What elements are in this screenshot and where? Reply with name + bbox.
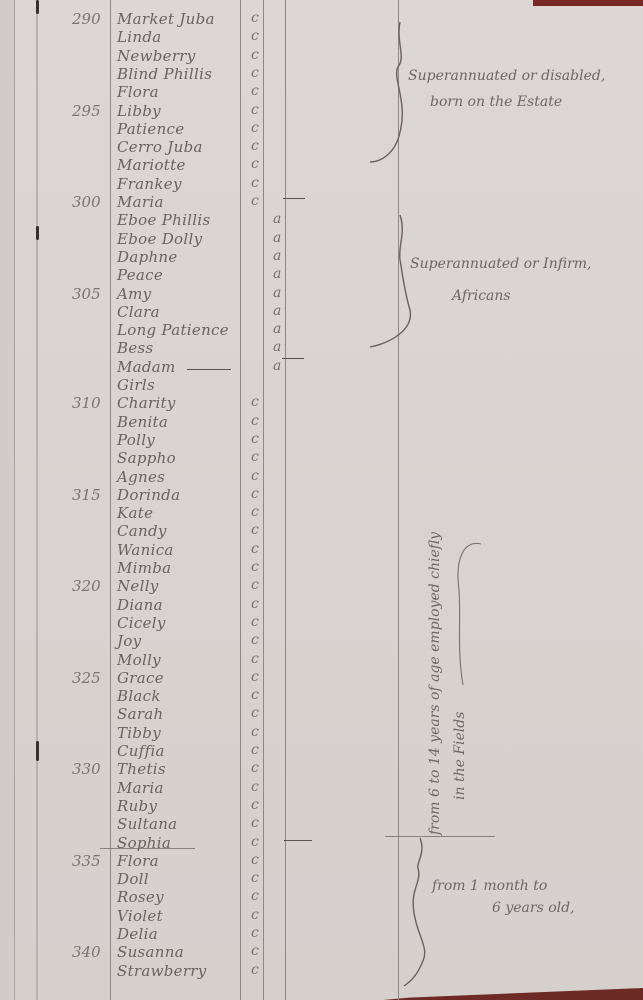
entry-name: Grace	[117, 669, 164, 687]
entry-row: Dianac	[0, 596, 300, 616]
entry-row: Pollyc	[0, 431, 300, 451]
entry-category-mark: c	[251, 834, 259, 850]
entry-name: Maria	[117, 193, 164, 211]
entry-number: 320	[72, 577, 112, 595]
entry-row: 310Charityc	[0, 394, 300, 414]
entry-category-mark: c	[251, 797, 259, 813]
entry-row: Sultanac	[0, 815, 300, 835]
entry-category-mark: c	[251, 28, 259, 44]
entry-row: Cuffiac	[0, 742, 300, 762]
entry-row: Mimbac	[0, 559, 300, 579]
entry-row: Cicelyc	[0, 614, 300, 634]
entry-name: Flora	[117, 83, 159, 101]
entry-category-mark: a	[273, 266, 281, 282]
entry-name: Strawberry	[117, 962, 207, 980]
entry-name: Sarah	[117, 705, 164, 723]
entry-category-mark: c	[251, 614, 259, 630]
entry-name: Charity	[117, 394, 176, 412]
annotation-superannuated-disabled: Superannuated or disabled,	[408, 68, 605, 84]
entry-row: Claraa	[0, 303, 300, 323]
entry-row: 320Nellyc	[0, 577, 300, 597]
entry-name: Clara	[117, 303, 160, 321]
entry-category-mark: c	[251, 632, 259, 648]
entry-name: Madam	[117, 358, 176, 376]
entry-name: Molly	[117, 651, 161, 669]
entry-row: Sarahc	[0, 705, 300, 725]
entry-category-mark: c	[251, 504, 259, 520]
annotation-1-month: from 1 month to	[432, 878, 547, 894]
entry-number: 335	[72, 852, 112, 870]
brace-icon	[368, 22, 408, 172]
entry-number: 300	[72, 193, 112, 211]
entry-row: 335Florac	[0, 852, 300, 872]
entry-name: Sappho	[117, 449, 176, 467]
entry-row: Rubyc	[0, 797, 300, 817]
entry-number: 295	[72, 102, 112, 120]
entry-category-mark: a	[273, 303, 281, 319]
entry-number: 305	[72, 285, 112, 303]
entry-category-mark: c	[251, 687, 259, 703]
entry-row: 325Gracec	[0, 669, 300, 689]
entry-row: Florac	[0, 83, 300, 103]
entry-category-mark: c	[251, 852, 259, 868]
entry-category-mark: c	[251, 138, 259, 154]
entry-row: Agnesc	[0, 468, 300, 488]
entry-name: Linda	[117, 28, 161, 46]
entry-category-mark: c	[251, 175, 259, 191]
entry-name: Sophia	[117, 834, 171, 852]
entry-category-mark: c	[251, 742, 259, 758]
entry-name: Cerro Juba	[117, 138, 203, 156]
entry-category-mark: c	[251, 193, 259, 209]
entry-name: Candy	[117, 522, 167, 540]
entry-category-mark: a	[273, 211, 281, 227]
entry-category-mark: c	[251, 522, 259, 538]
entry-name: Sultana	[117, 815, 177, 833]
entry-row: Cerro Jubac	[0, 138, 300, 158]
entry-category-mark: c	[251, 651, 259, 667]
annotation-6-years: 6 years old,	[492, 900, 575, 916]
entry-row: Joyc	[0, 632, 300, 652]
entry-name: Susanna	[117, 943, 184, 961]
entry-category-mark: c	[251, 907, 259, 923]
entry-category-mark: c	[251, 760, 259, 776]
annotation-in-the-fields: in the Fields	[452, 712, 468, 800]
entry-name: Bess	[117, 339, 154, 357]
entry-name: Delia	[117, 925, 158, 943]
entry-category-mark: c	[251, 83, 259, 99]
entry-name: Daphne	[117, 248, 178, 266]
entry-name: Wanica	[117, 541, 174, 559]
entry-name: Blind Phillis	[117, 65, 212, 83]
entry-category-mark: c	[251, 596, 259, 612]
entry-name: Eboe Phillis	[117, 211, 210, 229]
entry-row: Dollc	[0, 870, 300, 890]
entry-category-mark: c	[251, 120, 259, 136]
entry-name: Kate	[117, 504, 153, 522]
entry-category-mark: c	[251, 102, 259, 118]
entry-row: 340Susannac	[0, 943, 300, 963]
entry-row: Roseyc	[0, 888, 300, 908]
entry-name: Ruby	[117, 797, 157, 815]
entry-row: Madama	[0, 358, 300, 378]
entry-name: Doll	[117, 870, 149, 888]
entry-row: Long Patiencea	[0, 321, 300, 341]
entry-category-mark: c	[251, 431, 259, 447]
entry-name: Peace	[117, 266, 163, 284]
entry-name: Market Juba	[117, 10, 215, 28]
entry-category-mark: c	[251, 870, 259, 886]
entry-row: 315Dorindac	[0, 486, 300, 506]
entry-row: Sophiac	[0, 834, 300, 854]
entry-category-mark: c	[251, 47, 259, 63]
annotation-6-to-14-years: from 6 to 14 years of age employed chief…	[427, 532, 443, 835]
entry-category-mark: a	[273, 230, 281, 246]
entry-name: Libby	[117, 102, 161, 120]
entry-name: Tibby	[117, 724, 161, 742]
entry-category-mark: c	[251, 541, 259, 557]
entry-category-mark: a	[273, 285, 281, 301]
entry-category-mark: c	[251, 10, 259, 26]
entry-name: Mimba	[117, 559, 171, 577]
entry-row: Strawberryc	[0, 962, 300, 982]
entry-name: Black	[117, 687, 161, 705]
entry-category-mark: c	[251, 486, 259, 502]
brace-icon	[360, 215, 400, 355]
entry-number: 330	[72, 760, 112, 778]
entry-number: 340	[72, 943, 112, 961]
entry-row: Mollyc	[0, 651, 300, 671]
entry-name: Joy	[117, 632, 141, 650]
entry-row: Newberryc	[0, 47, 300, 67]
entry-row: Peacea	[0, 266, 300, 286]
entry-name: Girls	[117, 376, 155, 394]
entry-name: Frankey	[117, 175, 182, 193]
cover-edge-top	[533, 0, 643, 6]
entry-row: Blackc	[0, 687, 300, 707]
entry-name: Agnes	[117, 468, 165, 486]
entry-category-mark: c	[251, 943, 259, 959]
group-divider	[385, 836, 495, 837]
entry-category-mark: c	[251, 394, 259, 410]
annotation-africans: Africans	[452, 288, 511, 304]
entry-category-mark: c	[251, 888, 259, 904]
entry-row: Wanicac	[0, 541, 300, 561]
entry-name: Diana	[117, 596, 163, 614]
entry-category-mark: c	[251, 468, 259, 484]
entry-category-mark: c	[251, 559, 259, 575]
entry-row: Frankeyc	[0, 175, 300, 195]
cover-edge-bottom	[383, 988, 643, 1000]
entry-number: 315	[72, 486, 112, 504]
entry-name: Eboe Dolly	[117, 230, 202, 248]
entry-category-mark: c	[251, 925, 259, 941]
entry-name: Flora	[117, 852, 159, 870]
entry-row: 330Thetisc	[0, 760, 300, 780]
entry-row: Katec	[0, 504, 300, 524]
entry-category-mark: a	[273, 248, 281, 264]
brace-icon	[453, 540, 483, 690]
entry-row: Deliac	[0, 925, 300, 945]
entry-category-mark: c	[251, 705, 259, 721]
entry-row: 295Libbyc	[0, 102, 300, 122]
entry-row: Lindac	[0, 28, 300, 48]
entry-row: Tibbyc	[0, 724, 300, 744]
entry-name: Nelly	[117, 577, 159, 595]
entry-name: Maria	[117, 779, 164, 797]
entry-row: Candyc	[0, 522, 300, 542]
entry-name: Polly	[117, 431, 155, 449]
entry-name: Thetis	[117, 760, 166, 778]
entry-row: 290Market Jubac	[0, 10, 300, 30]
entry-number: 310	[72, 394, 112, 412]
entry-row: Benitac	[0, 413, 300, 433]
entry-category-mark: c	[251, 577, 259, 593]
entry-row: Blind Phillisc	[0, 65, 300, 85]
entry-row: 300Mariac	[0, 193, 300, 213]
entry-row: Daphnea	[0, 248, 300, 268]
entry-name: Mariotte	[117, 156, 186, 174]
entry-row: 305Amya	[0, 285, 300, 305]
entry-category-mark: c	[251, 815, 259, 831]
entry-row: Mariac	[0, 779, 300, 799]
entry-category-mark: a	[273, 321, 281, 337]
entry-name: Newberry	[117, 47, 196, 65]
entry-name: Cuffia	[117, 742, 165, 760]
entry-name: Long Patience	[117, 321, 229, 339]
annotation-superannuated-infirm: Superannuated or Infirm,	[410, 256, 592, 272]
entry-number: 325	[72, 669, 112, 687]
entry-category-mark: c	[251, 65, 259, 81]
entry-name: Violet	[117, 907, 163, 925]
brace-icon	[400, 838, 440, 988]
entry-name: Cicely	[117, 614, 166, 632]
entry-name: Rosey	[117, 888, 164, 906]
entry-category-mark: c	[251, 156, 259, 172]
entry-row: Violetc	[0, 907, 300, 927]
entry-category-mark: c	[251, 962, 259, 978]
annotation-born-on-estate: born on the Estate	[430, 94, 562, 110]
entry-row: Bessa	[0, 339, 300, 359]
entry-row: Mariottec	[0, 156, 300, 176]
entry-category-mark: a	[273, 358, 281, 374]
entry-row: Eboe Dollya	[0, 230, 300, 250]
entry-category-mark: c	[251, 724, 259, 740]
entry-name: Dorinda	[117, 486, 180, 504]
entry-name: Patience	[117, 120, 184, 138]
entry-row: Patiencec	[0, 120, 300, 140]
entry-category-mark: c	[251, 413, 259, 429]
entry-number: 290	[72, 10, 112, 28]
entry-name: Benita	[117, 413, 168, 431]
entry-name: Amy	[117, 285, 151, 303]
entry-category-mark: c	[251, 669, 259, 685]
entry-row: Eboe Phillisa	[0, 211, 300, 231]
entry-category-mark: a	[273, 339, 281, 355]
entry-row: Girls	[0, 376, 300, 396]
entry-category-mark: c	[251, 449, 259, 465]
register-page: 290Market JubacLindacNewberrycBlind Phil…	[0, 0, 643, 1000]
entry-category-mark: c	[251, 779, 259, 795]
entry-row: Sapphoc	[0, 449, 300, 469]
